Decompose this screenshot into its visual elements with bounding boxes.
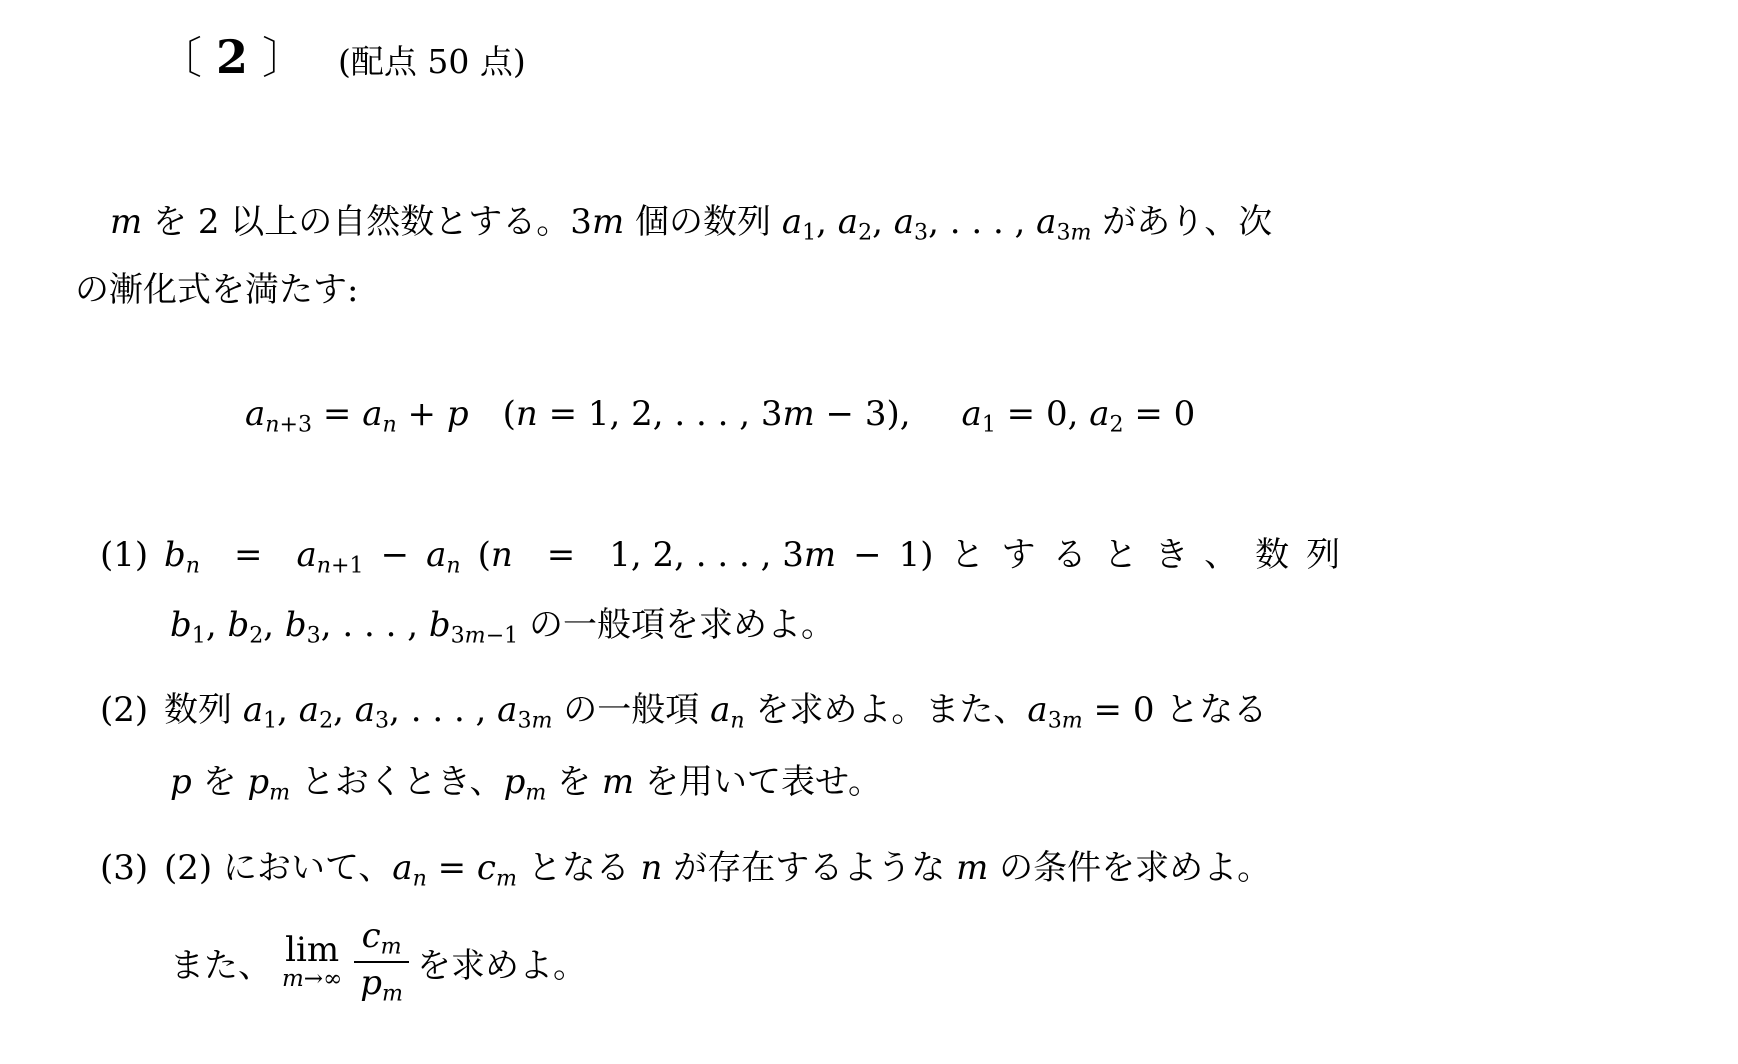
item-1-line-1: (1)bn = an+1 − an (n = 1, 2, . . . , 3m … — [100, 533, 1357, 581]
limit-operator: lim m→∞ — [282, 933, 342, 992]
item-2-line-2: p を pm とおくとき、pm を m を用いて表せ。 — [170, 760, 882, 808]
problem-number: 2 — [202, 30, 262, 84]
item-3-limit-prefix: また、 — [170, 938, 272, 987]
statement-line-1: m を 2 以上の自然数とする。3m 個の数列 a1, a2, a3, . . … — [110, 200, 1272, 248]
item-3-line-1: (3)(2) において、an = cm となる n が存在するような m の条件… — [100, 846, 1271, 894]
problem-page: { "page": { "background": "#ffffff", "te… — [0, 0, 1738, 1064]
item-3-text-1: (2) において、an = cm となる n が存在するような m の条件を求め… — [164, 848, 1271, 888]
problem-heading: 〔 2 〕 (配点 50 点) — [158, 22, 526, 86]
problem-points: (配点 50 点) — [306, 36, 526, 83]
heading-bracket-close: 〕 — [262, 22, 306, 86]
item-2-label: (2) — [100, 688, 152, 734]
recurrence-equation: an+3 = an + p (n = 1, 2, . . . , 3m − 3)… — [245, 392, 1195, 440]
item-2-text-1: 数列 a1, a2, a3, . . . , a3m の一般項 an を求めよ。… — [164, 690, 1267, 730]
heading-bracket-open: 〔 — [158, 22, 202, 86]
item-2-line-1: (2)数列 a1, a2, a3, . . . , a3m の一般項 an を求… — [100, 688, 1267, 736]
item-1-label: (1) — [100, 533, 152, 579]
fraction-numerator: cm — [356, 918, 408, 961]
statement-line-2: の漸化式を満たす: — [75, 268, 358, 314]
limit-word: lim — [285, 933, 339, 969]
item-1-text-1: bn = an+1 − an (n = 1, 2, . . . , 3m − 1… — [164, 535, 1357, 575]
item-3-line-2: また、 lim m→∞ cm pm を求めよ。 — [170, 912, 587, 1012]
item-3-label: (3) — [100, 846, 152, 892]
fraction-cm-over-pm: cm pm — [354, 918, 409, 1006]
item-3-limit-suffix: を求めよ。 — [417, 938, 587, 987]
fraction-denominator: pm — [354, 961, 409, 1006]
item-1-line-2: b1, b2, b3, . . . , b3m−1 の一般項を求めよ。 — [170, 603, 835, 651]
limit-subscript: m→∞ — [282, 968, 342, 991]
